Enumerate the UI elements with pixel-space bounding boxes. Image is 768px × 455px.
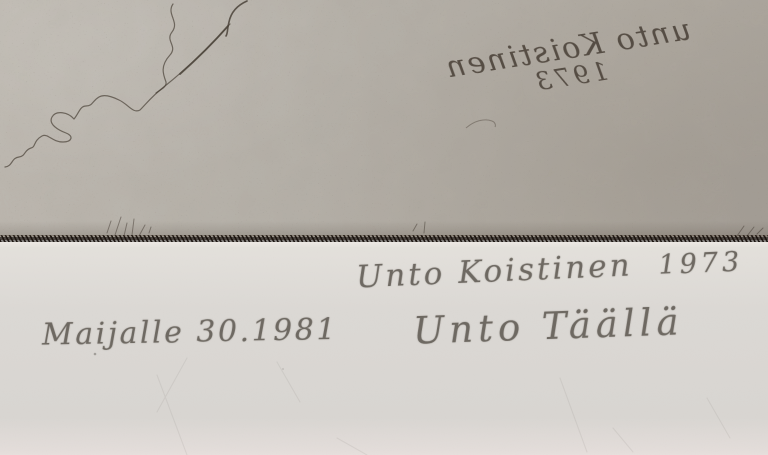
etching-photograph: unto Koistinen 1973 [0,0,768,455]
plate-mark-line [0,235,768,242]
paper-margin-area: Unto Koistinen 1973 Maijalle 30.1981 Unt… [0,247,768,455]
margin-signature-year: 1973 [658,247,744,282]
plate-impression-area: unto Koistinen 1973 [0,0,768,237]
dedication-inscription: Maijalle 30.1981 [42,312,339,352]
